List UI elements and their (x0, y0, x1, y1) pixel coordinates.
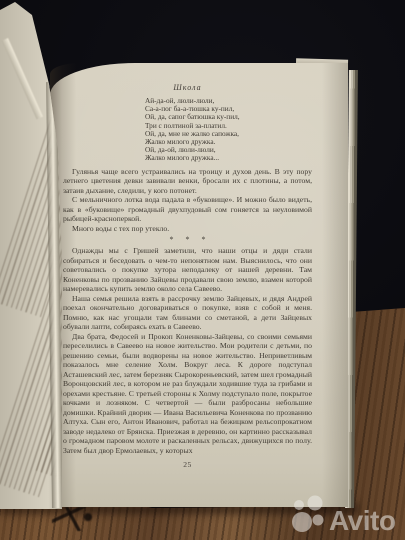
page-number: 25 (63, 460, 312, 469)
avito-wordmark: Avito (329, 505, 396, 536)
running-head: Школа (63, 83, 312, 92)
paragraph: Наша семья решила взять в рассрочку земл… (63, 294, 312, 332)
paragraph: Однажды мы с Гришей заметили, что наши о… (63, 246, 312, 294)
folk-song-verse: Ай-да-ой, люли-люли, Са-а-пог ба-а-тюшка… (145, 97, 312, 163)
avito-watermark: Avito (289, 493, 405, 539)
wood-stamp-mark (52, 507, 102, 531)
left-book-page (0, 0, 62, 509)
section-separator: * * * (63, 233, 312, 246)
paragraph: Много воды с тех пор утекло. (63, 224, 312, 234)
right-book-page: Школа Ай-да-ой, люли-люли, Са-а-пог ба-а… (50, 63, 348, 507)
avito-dots-icon (292, 496, 324, 533)
page-edge-shadow (322, 63, 348, 507)
poem-line: Жалко милого дружка... (145, 154, 312, 162)
paragraph: Гулянья чаще всего устраивались на троиц… (63, 167, 312, 196)
paragraph: Два брата, Федосей и Прокоп Коненковы-За… (63, 332, 312, 456)
paragraph: С мельничного лотка вода падала в «буков… (63, 195, 312, 224)
left-page-top-edge-highlight (2, 38, 43, 119)
book-photo: Школа Ай-да-ой, люли-люли, Са-а-пог ба-а… (0, 0, 405, 540)
